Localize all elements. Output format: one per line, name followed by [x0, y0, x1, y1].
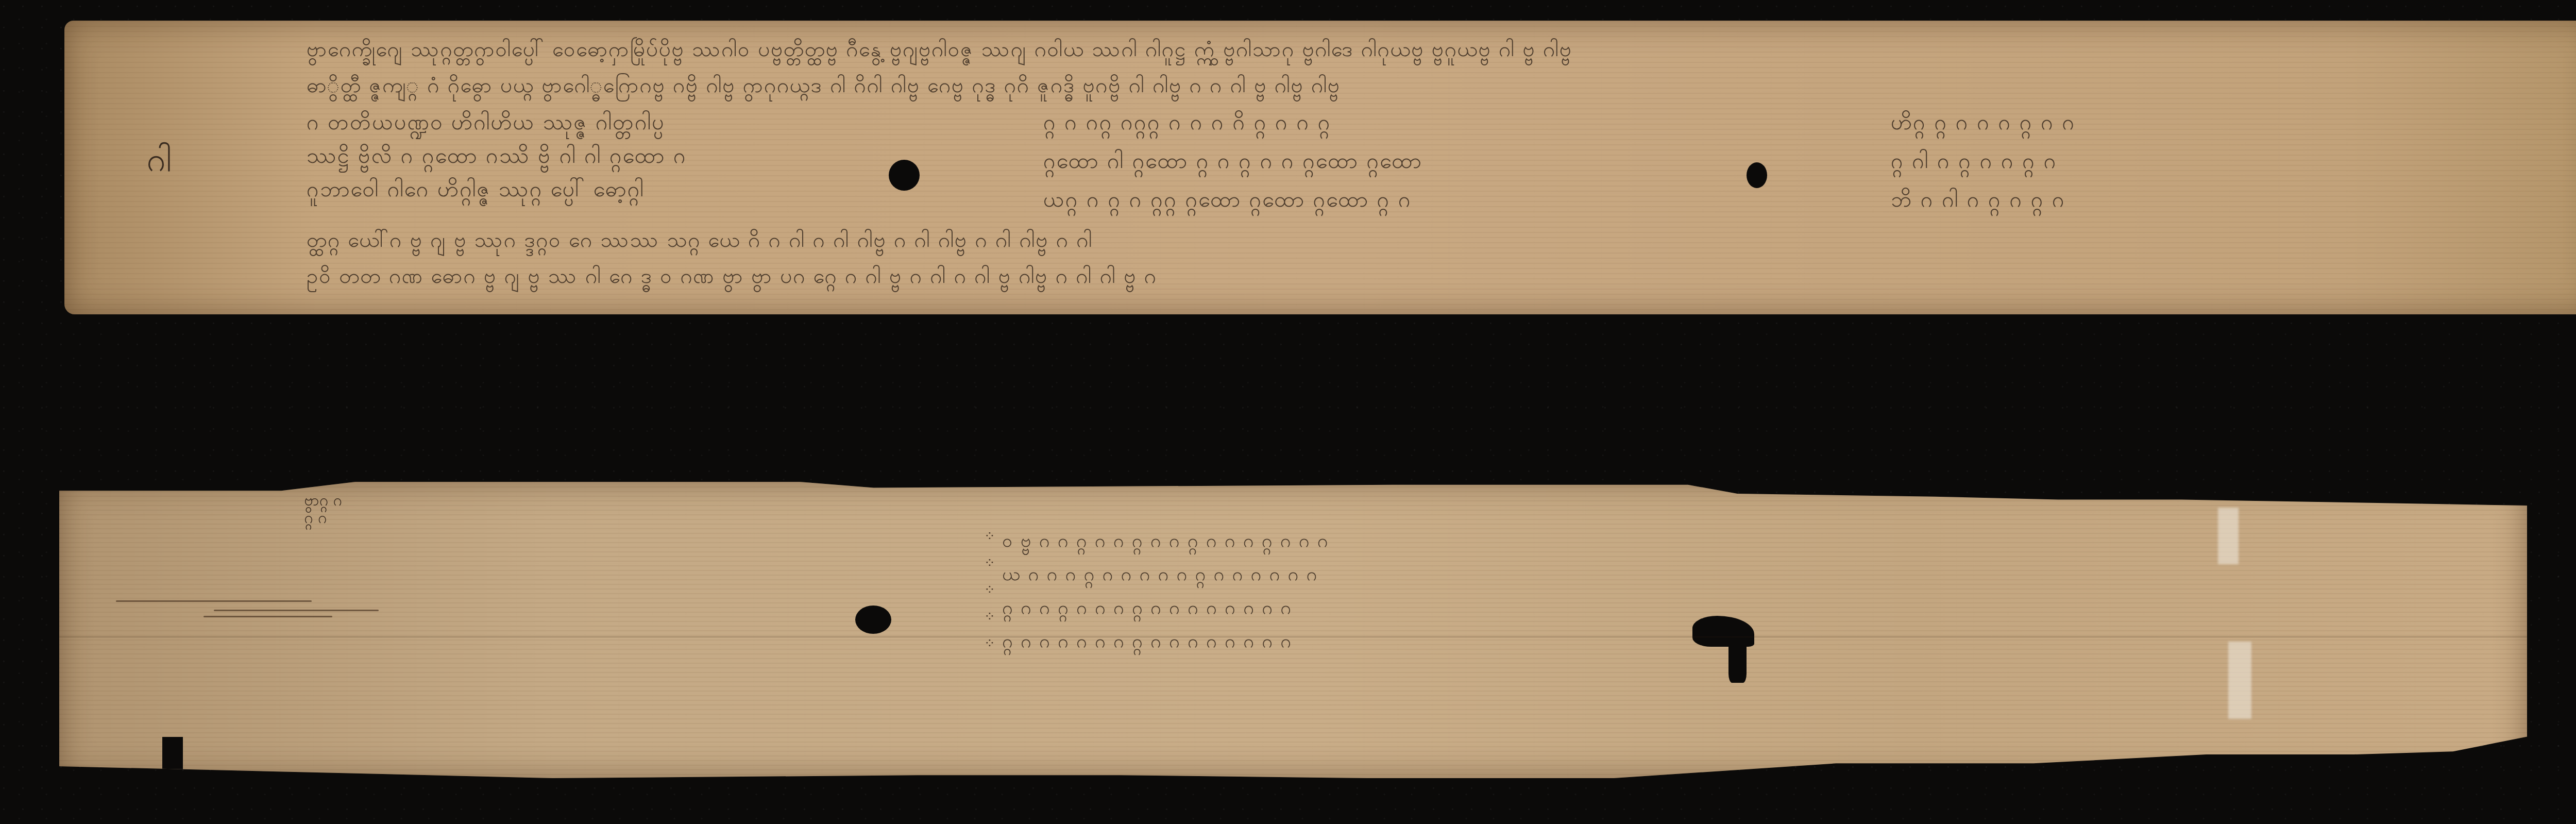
manuscript-line-4-left: ဿဋ္ဌိ ဗ္ဗိလိ ဂ ဂ္ဂထော ဂဿိ ဗ္ဗိ ဂါ ဂါ ဂ္ဂ… [307, 142, 687, 174]
fiber-crack [116, 600, 312, 602]
manuscript-line-4-right: ဂ္ဂ ဂါ ဂ ဂ္ဂ ဂ ဂ ဂ္ဂ ဂ [1891, 147, 2057, 179]
manuscript-line-1: ဝ ဗ္ဗ ဂ ဂ ဂ္ဂ ဂ ဂ ဂ္ဂ ဂ ဂ ဂ္ဂ ဂ ဂ ဂ ဂ္ဂ … [1002, 528, 1329, 556]
fiber-crack [214, 610, 379, 611]
binding-hole-right [1747, 162, 1767, 188]
manuscript-line-4-middle: ဂ္ဂထော ဂါ ဂ္ဂထော ဂ္ဂ ဂ ဂ္ဂ ဂ ဂ ဂ္ဂထော ဂ္… [1043, 147, 1422, 179]
manuscript-line-5-left: ဂူဘာဝေါ ဂါဂေ ဟိဂ္ဂါဇ္ဇ ဿုဂ္ဂ ပ္ပေါ် ဓော့… [307, 175, 645, 207]
manuscript-line-1: ဗွာဂေက္ခိုဂျေ ဿုဂ္ဂတ္တဂွာဝါပ္ပေါ် ဝေဓော့… [307, 36, 1572, 66]
leaf-label-line-1: ဗွာဂ္ဂ ဂ [304, 492, 342, 510]
manuscript-line-3-left: ဂ တတိယပဏ္ဍဝ ဟိဂါဟိယ ဿုဇ္ဇ ဂါတ္တဂါပ္ပ [307, 108, 665, 140]
manuscript-line-3: ဂ္ဂ ဂ ဂ ဂ္ဂ ဂ ဂ ဂ ဂ္ဂ ဂ ဂ ဂ ဂ ဂ ဂ ဂ ဂ [1002, 595, 1292, 623]
manuscript-line-5-right: ဘိ ဂ ဂါ ဂ ဂ္ဂ ဂ ဂ္ဂ ဂ [1891, 186, 2065, 217]
palm-leaf-manuscript-bottom: ဗွာဂ္ဂ ဂ ဂ္ဂ ဂ ⁘⁘⁘⁘⁘ ဝ ဗ္ဗ ဂ ဂ ဂ္ဂ ဂ ဂ ဂ… [59, 482, 2527, 778]
manuscript-line-3-right: ဟိဂ္ဂ ဂ္ဂ ဂ ဂ ဂ ဂ္ဂ ဂ ဂ [1891, 108, 2076, 140]
page-marker: ဂါ [147, 139, 172, 188]
repair-tape-top [2218, 508, 2239, 564]
binding-hole-left [889, 160, 920, 191]
manuscript-line-5-middle: ယဂ္ဂ ဂ ဂ္ဂ ဂ ဂ္ဂဂ္ဂ ဂ္ဂထော ဂ္ဂထော ဂ္ဂထော… [1043, 186, 1412, 217]
leaf-label-line-2: ဂ္ဂ ဂ [304, 510, 342, 527]
manuscript-line-7: ဥဝိ တတ ဂဏ ဓောဂ ဗ္ဗ ဂျ ဗ္ဗ ဿ ဂါ ဂေ ဒ္ဓ ဝ … [307, 263, 1157, 293]
leaf-label: ဗွာဂ္ဂ ဂ ဂ္ဂ ဂ [304, 492, 342, 527]
manuscript-line-2: ယ ဂ ဂ ဂ ဂ္ဂ ဂ ဂ ဂ ဂ ဂ ဂ္ဂ ဂ ဂ ဂ ဂ ဂ ဂ [1002, 562, 1318, 590]
binding-hole [855, 606, 891, 634]
fiber-crack [204, 616, 332, 617]
manuscript-line-6: တ္ထဂ္ဂ ယေါ်ဂ ဗ္ဗ ဂျ ဗ္ဗ ဿုဂ ဒ္ဒဂ္ဂဝ ဂေ ဿ… [307, 227, 1093, 257]
manuscript-line-4: ဂ္ဂ ဂ ဂ ဂ ဂ ဂ ဂ ဂ္ဂ ဂ ဂ ဂ ဂ ဂ ဂ ဂ ဂ [1002, 629, 1292, 657]
manuscript-line-3-middle: ဂ္ဂ ဂ ဂဂ္ဂ ဂဂ္ဂဂ္ဂ ဂ ဂ ဂ ဂိ ဂ္ဂ ဂ ဂ ဂ္ဂ [1043, 108, 1331, 140]
edge-notch [162, 737, 183, 783]
repair-tape-bottom [2228, 642, 2251, 719]
manuscript-line-2: ဓာွိတ္ထီ ဇ္ဇကျ္ဂ ဂံ ဂိုဓွော ပယ္ဂ ဗွာဂေါ္… [307, 72, 1341, 103]
palm-leaf-manuscript-top: ဂါ ဗွာဂေက္ခိုဂျေ ဿုဂ္ဂတ္တဂွာဝါပ္ပေါ် ဝေဓ… [64, 21, 2576, 314]
fiber-crack [59, 636, 2527, 637]
torn-hole-extension [1728, 636, 1747, 683]
